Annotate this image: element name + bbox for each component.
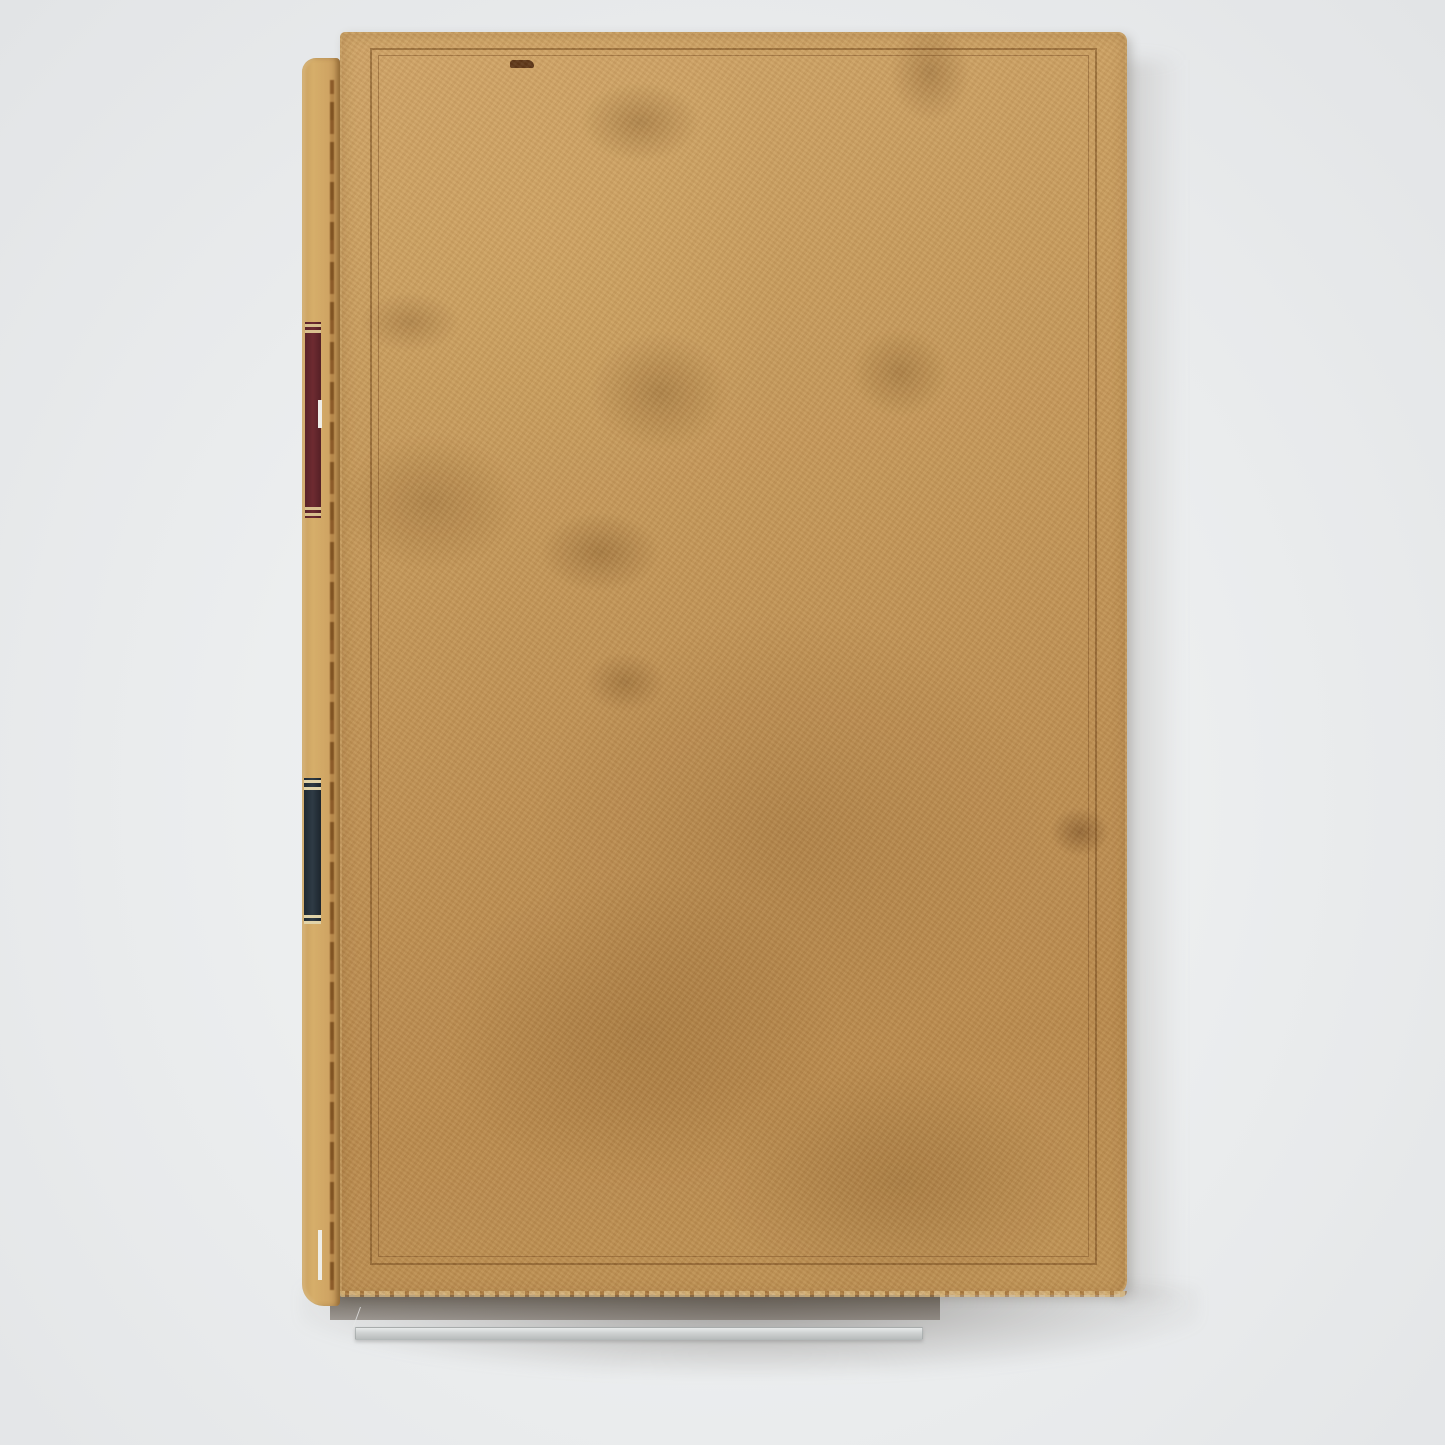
cover-chip: [510, 60, 534, 68]
spine-label-rule: [304, 780, 321, 783]
book-front-cover: [340, 32, 1127, 1295]
book-spine: [302, 58, 340, 1306]
spine-hinge-crack: [330, 80, 334, 1290]
spine-label-rule: [304, 921, 321, 924]
cover-tooled-border-inner: [378, 55, 1089, 1257]
book-shadow: [1120, 60, 1180, 1300]
acrylic-stand-lip: [355, 1327, 923, 1340]
spine-label-rule: [305, 324, 321, 327]
spine-label-rule: [304, 915, 321, 918]
spine-label-lower: [304, 778, 321, 924]
spine-label-rule: [305, 330, 321, 333]
spine-label-rule: [305, 507, 321, 510]
spine-label-rule: [304, 787, 321, 790]
spine-tear: [318, 1230, 322, 1280]
spine-tear: [318, 400, 322, 428]
cover-frayed-edge: [340, 1291, 1127, 1297]
photo-scene: [0, 0, 1445, 1445]
spine-label-rule: [305, 513, 321, 516]
